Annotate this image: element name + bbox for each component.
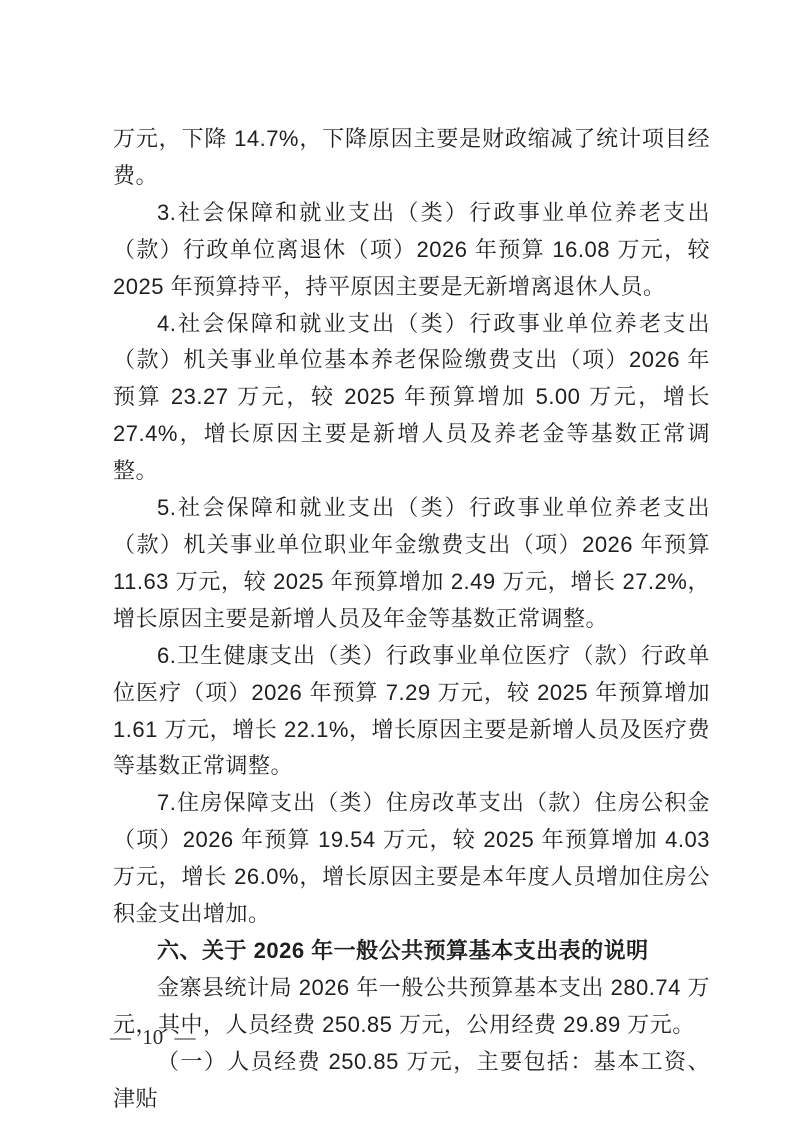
page-number: — 10 — [110, 1022, 196, 1052]
paragraph-item-3: 3.社会保障和就业支出（类）行政事业单位养老支出（款）行政单位离退休（项）202… [113, 195, 710, 306]
paragraph-item-7: 7.住房保障支出（类）住房改革支出（款）住房公积金（项）2026 年预算 19.… [113, 785, 710, 933]
paragraph-continuation: 万元，下降 14.7%，下降原因主要是财政缩减了统计项目经费。 [113, 121, 710, 195]
paragraph-item-6: 6.卫生健康支出（类）行政事业单位医疗（款）行政单位医疗（项）2026 年预算 … [113, 638, 710, 786]
section-heading: 六、关于 2026 年一般公共预算基本支出表的说明 [113, 933, 710, 970]
paragraph-item-4: 4.社会保障和就业支出（类）行政事业单位养老支出（款）机关事业单位基本养老保险缴… [113, 306, 710, 491]
paragraph-personnel-funds: （一）人员经费 250.85 万元，主要包括：基本工资、津贴 [113, 1044, 710, 1118]
paragraph-basic-expenditure: 金寨县统计局 2026 年一般公共预算基本支出 280.74 万元，其中，人员经… [113, 970, 710, 1044]
paragraph-item-5: 5.社会保障和就业支出（类）行政事业单位养老支出（款）机关事业单位职业年金缴费支… [113, 490, 710, 638]
document-page: 万元，下降 14.7%，下降原因主要是财政缩减了统计项目经费。 3.社会保障和就… [0, 0, 793, 1122]
page-content: 万元，下降 14.7%，下降原因主要是财政缩减了统计项目经费。 3.社会保障和就… [113, 121, 710, 1117]
